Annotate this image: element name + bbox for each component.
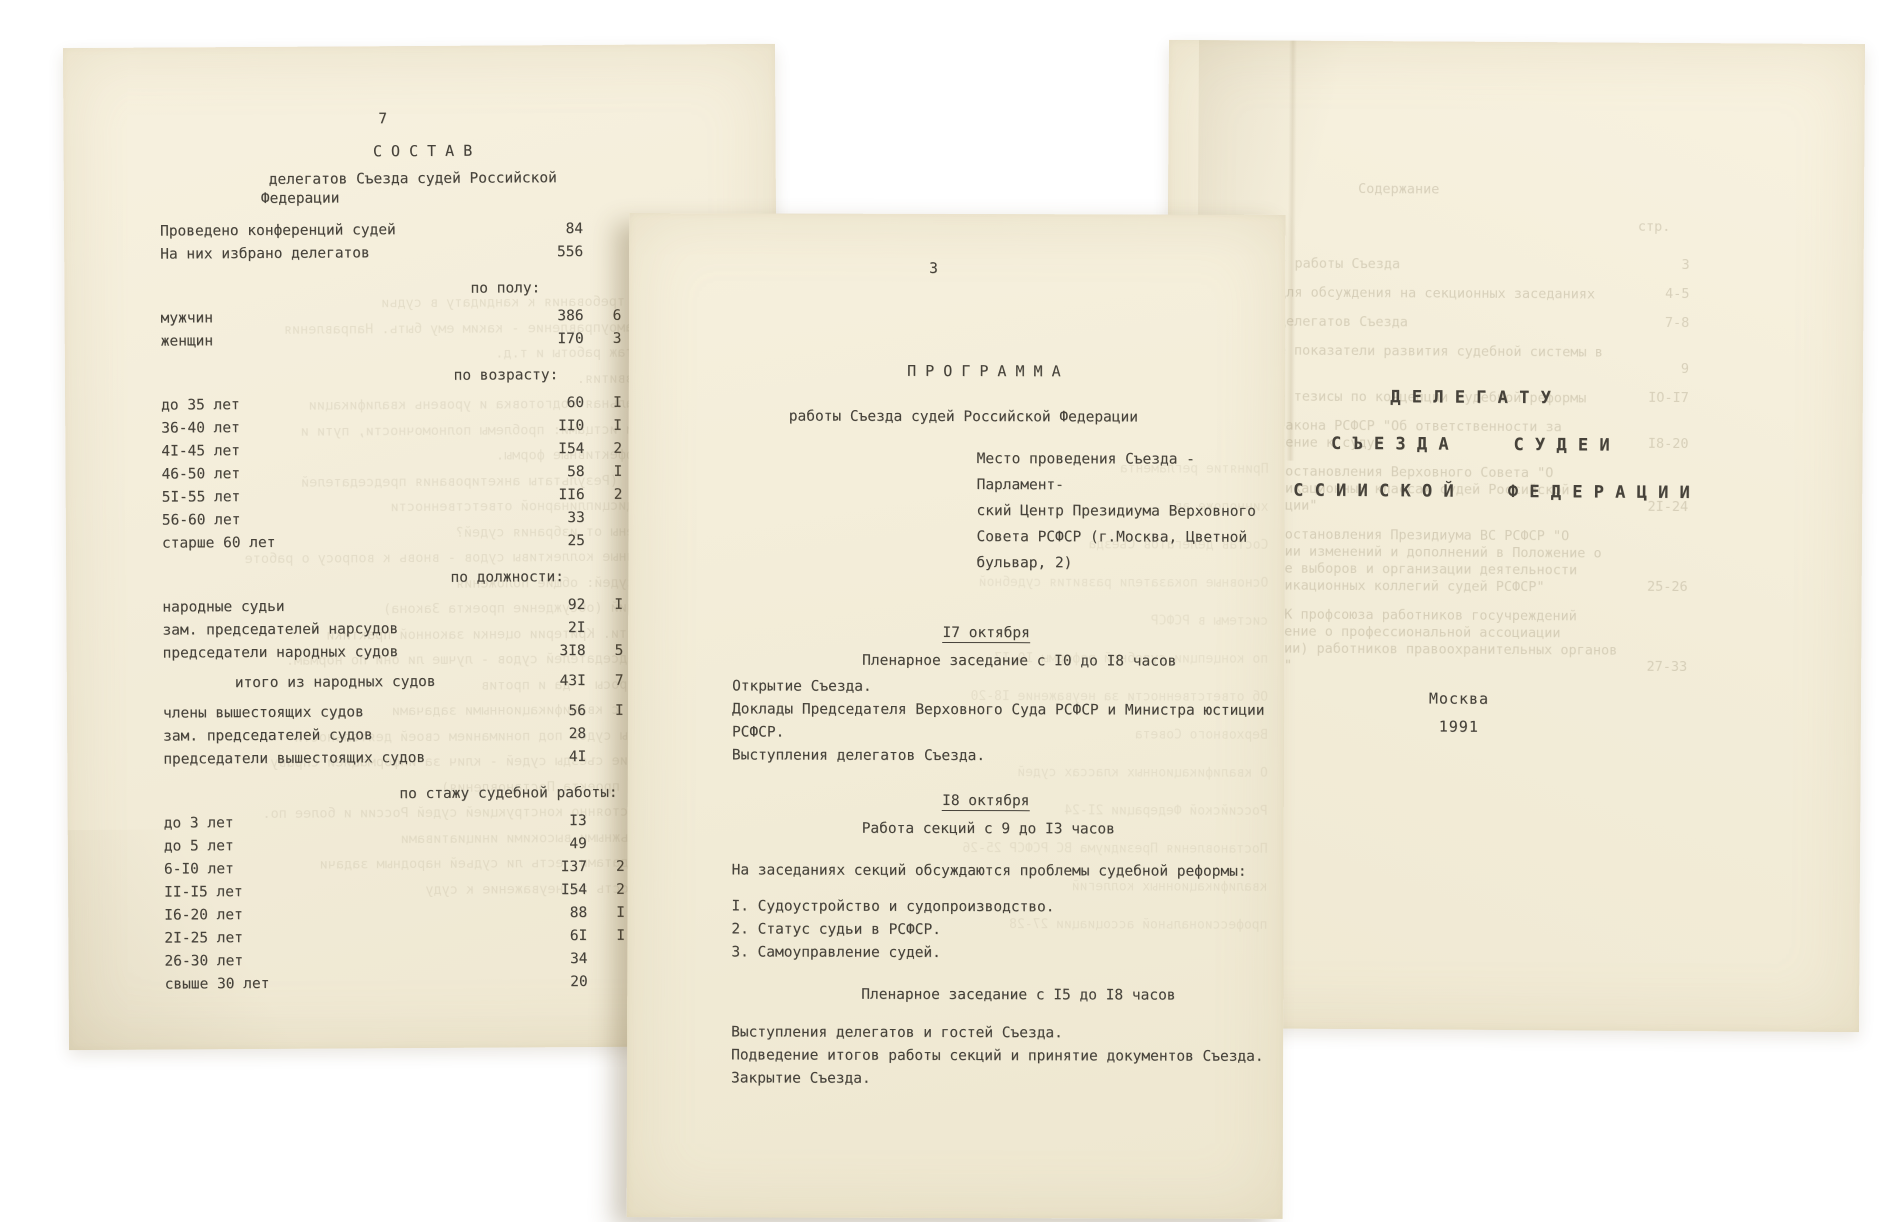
contents-entry: оект ЦК профсоюза работников госучрежден…	[1235, 606, 1635, 676]
topic-item: I. Судоустройство и судопроизводство.	[731, 895, 1054, 919]
stat-value: 60	[509, 395, 584, 411]
stat-label: до 5 лет	[164, 838, 234, 854]
stat-label: зам. председателей нарсудов	[162, 621, 398, 638]
contents-entry: новные показатели развития судебной сист…	[1237, 342, 1637, 378]
venue-line: Совета РСФСР (г.Москва, Цветной	[976, 524, 1284, 551]
agenda-item: Открытие Съезда.	[732, 675, 1272, 699]
page-title: П Р О Г Р А М М А	[629, 361, 1285, 382]
day2-session: Работа секций с 9 до I3 часов	[862, 820, 1115, 840]
stat-value: I54	[509, 441, 584, 457]
stat-label: председатели народных судов	[163, 644, 399, 661]
stat-value: 4I	[511, 749, 586, 765]
venue-block: Место проведения Съезда - Парламент-ский…	[976, 446, 1284, 577]
subtitle-line: Федерации	[261, 188, 557, 209]
contents-entry-page: 3	[1681, 257, 1689, 274]
stat-label: II-I5 лет	[164, 884, 243, 900]
stat-label: члены вышестоящих судов	[163, 704, 364, 721]
agenda-item: Выступления делегатов и гостей Съезда.	[731, 1021, 1291, 1045]
stat-label: женщин	[161, 333, 213, 349]
stat-label: мужчин	[161, 310, 213, 326]
stat-value: 92	[510, 597, 585, 613]
stat-value: 33	[510, 510, 585, 526]
stat-label: 5I-55 лет	[162, 489, 241, 505]
stat-value: I3	[512, 813, 587, 829]
stat-label: до 35 лет	[161, 397, 240, 413]
day2-intro: На заседаниях секций обсуждаются проблем…	[732, 861, 1292, 881]
stat-label: 36-40 лет	[161, 420, 240, 436]
stat-value: 6I	[512, 928, 587, 944]
day1-agenda: Открытие Съезда.Доклады Председателя Вер…	[732, 675, 1272, 768]
day2-session2: Пленарное заседание с I5 до I8 часов	[861, 986, 1175, 1006]
day2-date: I8 октября	[628, 791, 1284, 812]
contents-page-label: стр.	[1638, 219, 1671, 236]
stat-value: 84	[508, 221, 583, 237]
stat-value: 58	[509, 464, 584, 480]
bleed-through-contents: Содержание стр. ламент работы Съезда3рос…	[1238, 180, 1798, 183]
topic-item: 2. Статус судьи в РСФСР.	[731, 918, 1054, 942]
contents-header: Содержание	[1358, 181, 1439, 198]
contents-entry: ламент работы Съезда3	[1238, 255, 1638, 274]
subtitle-line: делегатов Съезда судей Российской	[269, 169, 557, 190]
stat-label: I6-20 лет	[164, 907, 243, 923]
stat-value: 2I	[510, 620, 585, 636]
agenda-item: Выступления делегатов Съезда.	[732, 744, 1272, 768]
stat-value: 25	[510, 533, 585, 549]
stat-label: старше 60 лет	[162, 535, 276, 552]
page-subtitle: работы Съезда судей Российской Федерации	[789, 408, 1138, 428]
stat-label: 2I-25 лет	[164, 930, 243, 946]
stat-label: до 3 лет	[164, 815, 234, 831]
agenda-item: Подведение итогов работы секций и принят…	[731, 1044, 1291, 1068]
contents-entry-text: ламент работы Съезда	[1238, 255, 1638, 274]
stat-value: II6	[510, 487, 585, 503]
page-subtitle: делегатов Съезда судей Российской Федера…	[269, 169, 557, 209]
stat-label: Проведено конференций судей	[160, 222, 396, 239]
stat-value: 49	[512, 836, 587, 852]
day2-agenda2: Выступления делегатов и гостей Съезда.По…	[731, 1021, 1291, 1091]
contents-entry: став делегатов Съезда7-8	[1237, 313, 1637, 332]
venue-line: бульвар, 2)	[976, 550, 1284, 577]
contents-entry-page: 4-5	[1665, 286, 1689, 303]
page-title: С О С Т А В	[64, 140, 776, 163]
contents-entry-text: росы для обсуждения на секционных заседа…	[1237, 284, 1637, 303]
stat-label: 4I-45 лет	[161, 443, 240, 459]
stat-value: 386	[509, 308, 584, 324]
topic-item: 3. Самоуправление судей.	[731, 941, 1054, 965]
stat-label: 6-I0 лет	[164, 861, 234, 877]
contents-entry: росы для обсуждения на секционных заседа…	[1237, 284, 1637, 303]
stat-value: 556	[508, 244, 583, 260]
agenda-item: Доклады Председателя Верховного Суда РСФ…	[732, 698, 1272, 745]
contents-entry-text: став делегатов Съезда	[1237, 313, 1637, 332]
stat-value: II0	[509, 418, 584, 434]
stat-label: 26-30 лет	[164, 953, 243, 969]
stat-value: I70	[509, 331, 584, 347]
stat-label: 56-60 лет	[162, 512, 241, 528]
stat-value: 28	[511, 726, 586, 742]
date-underlined: I7 октября	[943, 625, 1030, 643]
stat-label: На них избрано делегатов	[160, 245, 370, 262]
contents-entry-page: 27-33	[1647, 659, 1688, 676]
contents-entry-text: новные показатели развития судебной сист…	[1237, 342, 1637, 378]
contents-entry-text: оект ЦК профсоюза работников госучрежден…	[1235, 606, 1635, 676]
stat-value: I37	[512, 859, 587, 875]
agenda-item: Закрытие Съезда.	[731, 1067, 1291, 1091]
stat-label: итого из народных судов	[235, 674, 436, 691]
contents-entry-text: оект Постановления Президиума ВС РСФСР "…	[1236, 526, 1636, 596]
date-underlined: I8 октября	[942, 793, 1029, 811]
venue-line: ский Центр Президиума Верховного	[977, 498, 1285, 525]
stat-value: 34	[512, 951, 587, 967]
contents-entry: оект Постановления Президиума ВС РСФСР "…	[1236, 526, 1636, 596]
stat-value: 56	[511, 703, 586, 719]
venue-line: Место проведения Съезда - Парламент-	[977, 446, 1285, 499]
day2-topics: I. Судоустройство и судопроизводство.2. …	[731, 895, 1054, 965]
stat-value: 88	[512, 905, 587, 921]
stat-value: I54	[512, 882, 587, 898]
stat-value: 43I	[511, 673, 586, 689]
contents-entry-page: 9	[1681, 361, 1689, 378]
stat-label: свыше 30 лет	[165, 976, 270, 993]
document-page-middle: Принятие регламентахиннопоже авСостав де…	[627, 213, 1286, 1219]
day1-session: Пленарное заседание с I0 до I8 часов	[862, 652, 1176, 672]
stat-value: 20	[513, 974, 588, 990]
day1-date: I7 октября	[628, 623, 1284, 644]
stat-label: зам. председателей судов	[163, 727, 373, 744]
stat-label: 46-50 лет	[162, 466, 241, 482]
contents-entry-page: 25-26	[1647, 579, 1688, 596]
document-scan: { "left_page": { "page_number": "7", "ti…	[0, 0, 1900, 1222]
contents-entry-page: 7-8	[1665, 315, 1689, 332]
stat-label: народные судьи	[162, 599, 284, 616]
stat-value: 3I8	[511, 643, 586, 659]
stat-label: председатели вышестоящих судов	[163, 750, 425, 768]
page-number: 7	[378, 110, 387, 129]
page-number: 3	[929, 260, 938, 279]
